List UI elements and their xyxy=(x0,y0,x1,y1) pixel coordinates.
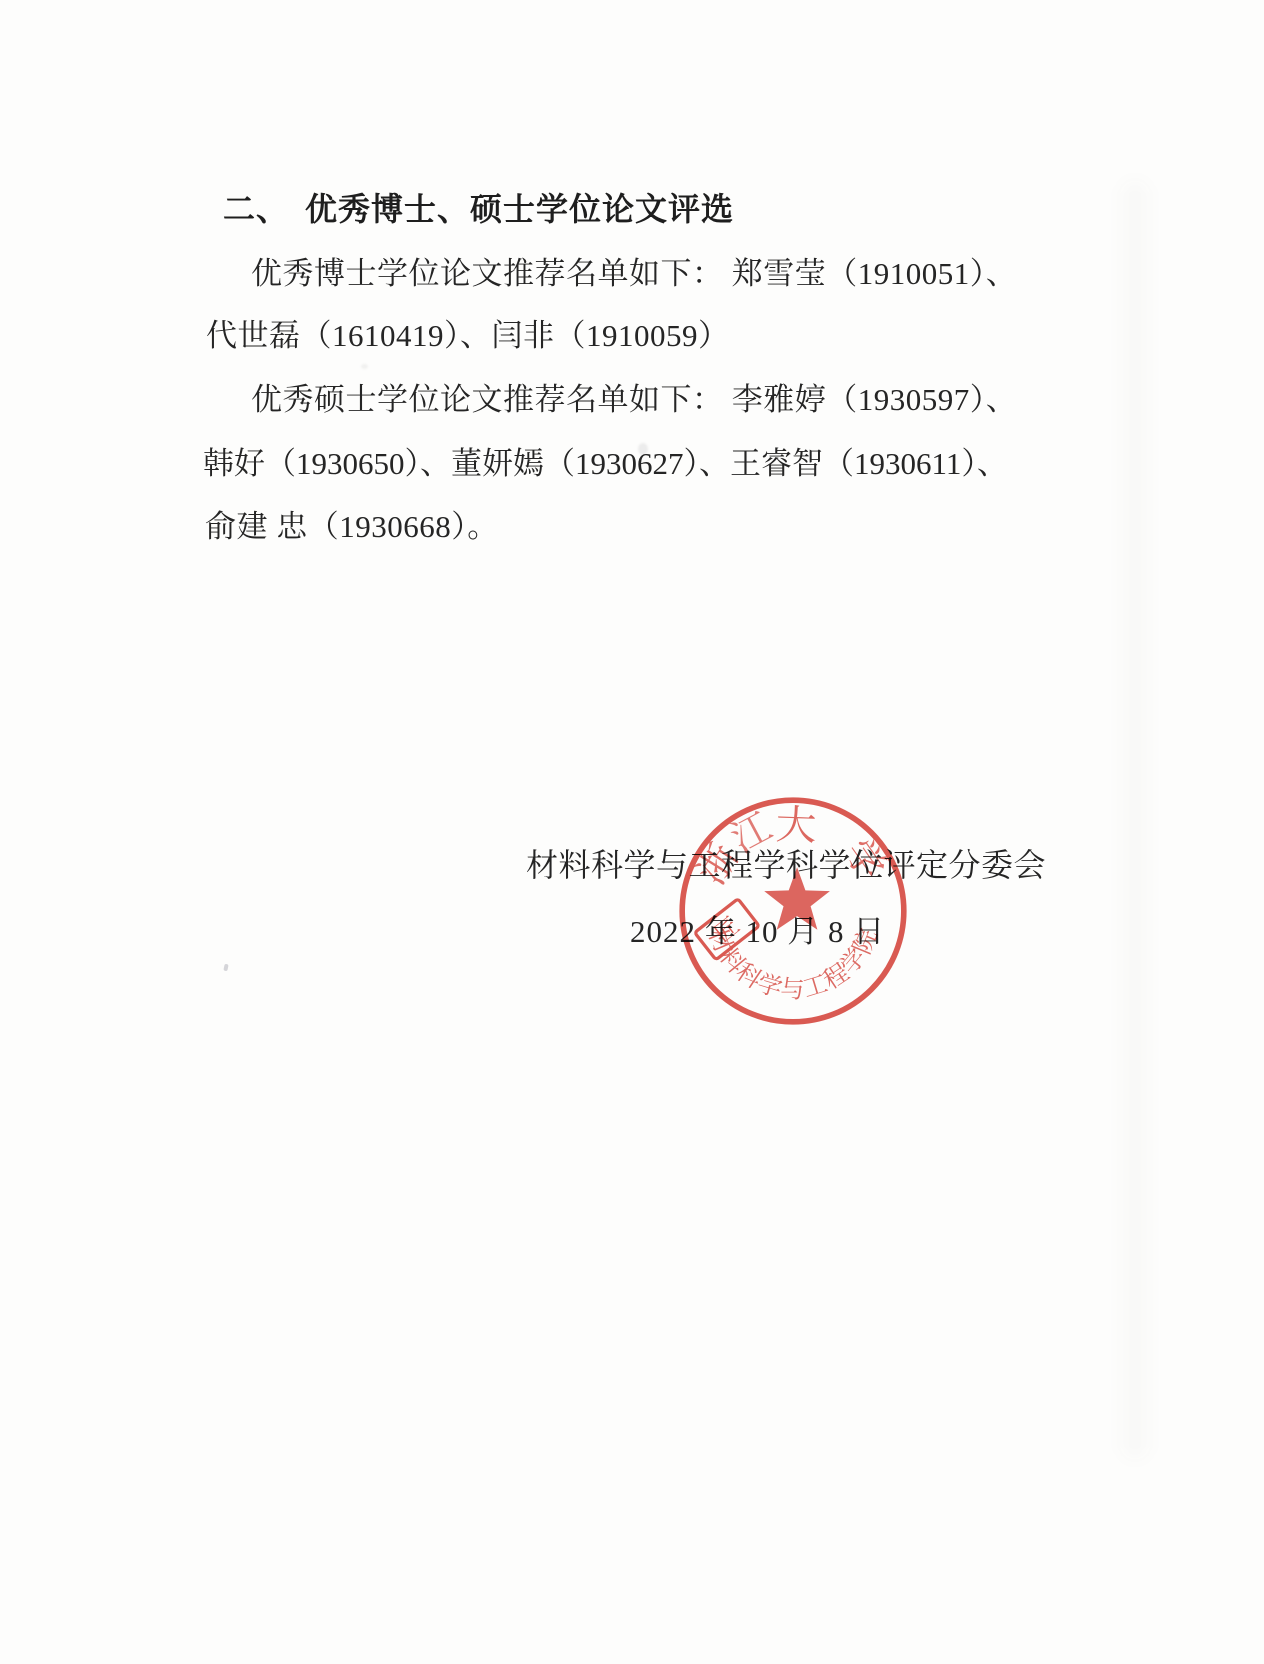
official-seal-stamp: 浙 江 大 学 材料科学与工程学院 匠 xyxy=(671,789,915,1033)
seal-arc-char-da: 大 xyxy=(775,802,817,848)
section-number: 二、 xyxy=(223,191,289,227)
doctoral-list-line-1: 优秀博士学位论文推荐名单如下： 郑雪莹（1910051）、 xyxy=(251,256,1017,292)
master-list-line-3: 俞建 忠（1930668）。 xyxy=(205,509,499,545)
master-list-line-2: 韩好（1930650）、董妍嫣（1930627）、王睿智（1930611）、 xyxy=(203,446,1008,482)
scanned-document-page: 二、优秀博士、硕士学位论文评选 优秀博士学位论文推荐名单如下： 郑雪莹（1910… xyxy=(0,0,1264,1664)
scan-artifact-speck xyxy=(361,364,368,369)
scan-artifact-streak xyxy=(1120,180,1150,1460)
section-title: 优秀博士、硕士学位论文评选 xyxy=(305,191,734,227)
doctoral-list-line-2: 代世磊（1610419）、闫非（1910059） xyxy=(206,318,730,354)
seal-arc-char-xue: 学 xyxy=(836,832,893,888)
section-heading: 二、优秀博士、硕士学位论文评选 xyxy=(223,184,734,230)
master-list-line-1: 优秀硕士学位论文推荐名单如下： 李雅婷（1930597）、 xyxy=(251,382,1017,418)
seal-star-icon xyxy=(764,867,830,930)
scan-artifact-speck xyxy=(223,964,228,972)
seal-graphic: 浙 江 大 学 材料科学与工程学院 匠 xyxy=(671,789,915,1033)
seal-code-box: 匠 xyxy=(695,899,760,960)
